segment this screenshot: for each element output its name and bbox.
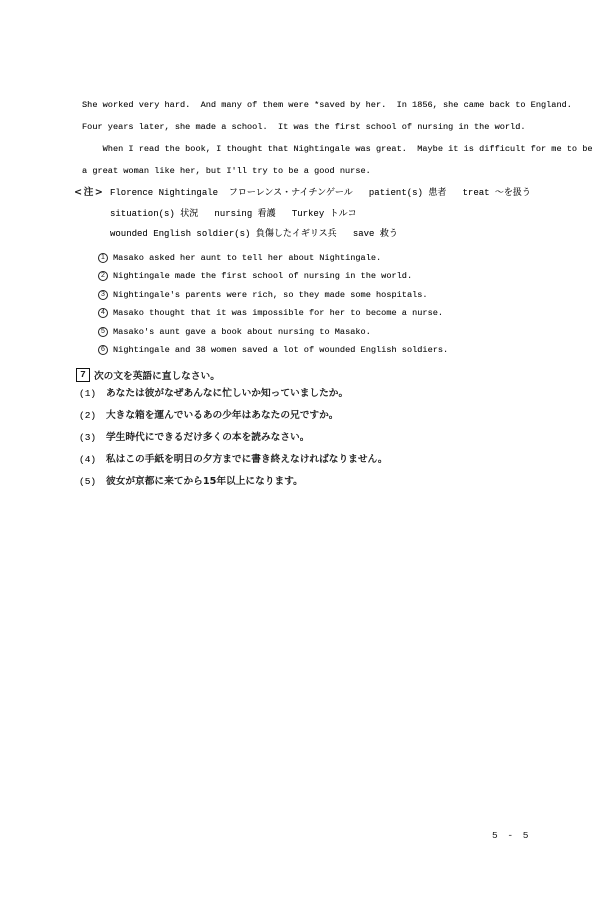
translation-item-1: (1) あなたは彼がなぜあんなに忙しいか知っていましたか。 [79,387,348,400]
circled-number-icon: 4 [98,308,108,318]
statement-row-5: 5 Masako's aunt gave a book about nursin… [98,326,371,338]
item-number: (1) [79,388,106,399]
statement-text: Masako asked her aunt to tell her about … [113,252,381,264]
passage-line-2: Four years later, she made a school. It … [82,121,526,133]
circled-number-icon: 3 [98,290,108,300]
statement-row-2: 2 Nightingale made the first school of n… [98,270,412,282]
glossary-line-2: situation(s) 状況 nursing 看護 Turkey トルコ [110,208,357,220]
statement-row-4: 4 Masako thought that it was impossible … [98,307,443,319]
passage-line-3: When I read the book, I thought that Nig… [82,143,593,155]
translation-item-4: (4) 私はこの手紙を明日の夕方までに書き終えなければなりません。 [79,453,388,466]
section-number-box: 7 [76,368,90,382]
statement-text: Masako's aunt gave a book about nursing … [113,326,371,338]
test-paper-page: She worked very hard. And many of them w… [0,0,600,900]
statement-row-3: 3 Nightingale's parents were rich, so th… [98,289,428,301]
item-number: (4) [79,454,106,465]
circled-number-icon: 1 [98,253,108,263]
circled-number-icon: 5 [98,327,108,337]
item-number: (3) [79,432,106,443]
glossary-line-1: Florence Nightingale フローレンス・ナイチンゲール pati… [110,187,531,199]
glossary-line-3: wounded English soldier(s) 負傷したイギリス兵 sav… [110,228,398,240]
page-number: 5 - 5 [492,830,531,841]
item-text: 彼女が京都に来てから15年以上になります。 [106,475,303,488]
translation-item-2: (2) 大きな箱を運んでいるあの少年はあなたの兄ですか。 [79,409,339,422]
item-text: 大きな箱を運んでいるあの少年はあなたの兄ですか。 [106,409,339,422]
circled-number-icon: 6 [98,345,108,355]
statement-row-6: 6 Nightingale and 38 women saved a lot o… [98,344,448,356]
item-number: (2) [79,410,106,421]
statement-row-1: 1 Masako asked her aunt to tell her abou… [98,252,381,264]
glossary-label: <注> [74,186,104,199]
translation-item-3: (3) 学生時代にできるだけ多くの本を読みなさい。 [79,431,309,444]
item-text: あなたは彼がなぜあんなに忙しいか知っていましたか。 [106,387,348,400]
statement-text: Masako thought that it was impossible fo… [113,307,443,319]
translation-item-5: (5) 彼女が京都に来てから15年以上になります。 [79,475,303,488]
section-title: 次の文を英語に直しなさい。 [94,370,220,383]
circled-number-icon: 2 [98,271,108,281]
statement-text: Nightingale and 38 women saved a lot of … [113,344,448,356]
item-text: 私はこの手紙を明日の夕方までに書き終えなければなりません。 [106,453,388,466]
passage-line-4: a great woman like her, but I'll try to … [82,165,371,177]
passage-line-1: She worked very hard. And many of them w… [82,99,572,111]
statement-text: Nightingale made the first school of nur… [113,270,412,282]
item-text: 学生時代にできるだけ多くの本を読みなさい。 [106,431,309,444]
statement-text: Nightingale's parents were rich, so they… [113,289,428,301]
item-number: (5) [79,476,106,487]
